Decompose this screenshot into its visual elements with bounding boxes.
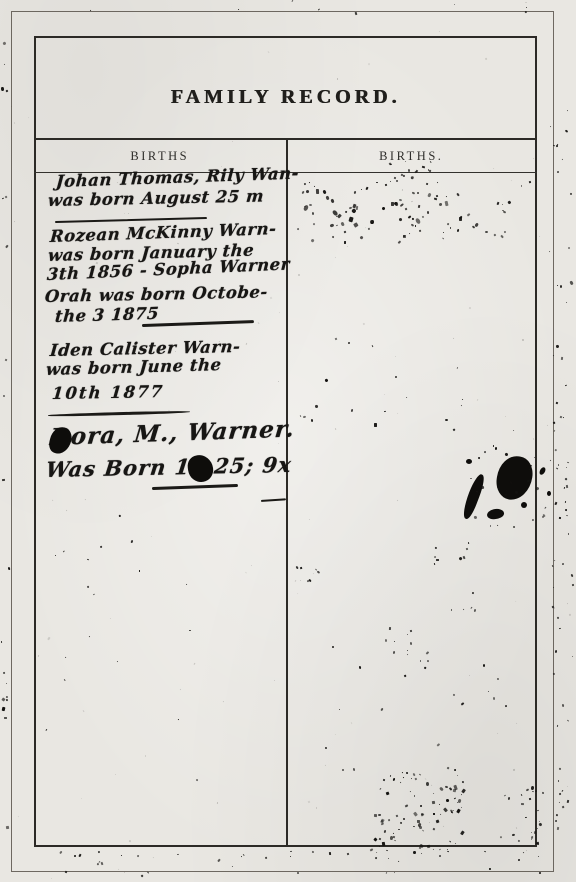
page-title: FAMILY RECORD. (34, 86, 537, 109)
speckle (561, 704, 564, 707)
speckle (6, 683, 7, 684)
speckle (560, 416, 562, 418)
speckle (1, 641, 2, 643)
speckle (6, 90, 9, 93)
speckle (555, 501, 558, 504)
speckle (566, 800, 569, 803)
speckle (568, 247, 571, 250)
speckle (555, 449, 557, 451)
speckle (572, 656, 573, 657)
speckle (141, 874, 144, 877)
speckle (562, 159, 563, 160)
speckle (539, 872, 541, 874)
speckle (5, 699, 7, 701)
speckle (561, 357, 564, 360)
speckle (566, 467, 567, 468)
speckle (564, 129, 567, 132)
ink-blot (466, 459, 472, 464)
speckle (556, 344, 559, 348)
speckle (567, 462, 569, 464)
speckle (564, 487, 566, 489)
speckle (3, 672, 5, 674)
speckle (567, 786, 568, 787)
speckle (526, 7, 527, 8)
speckle (557, 827, 560, 830)
speckle (1, 706, 5, 711)
speckle (2, 198, 4, 200)
speckle (570, 193, 573, 196)
speckle (559, 802, 560, 803)
speckle (568, 533, 570, 535)
speckle (1, 479, 4, 481)
speckle (566, 515, 568, 517)
speckle (5, 358, 8, 361)
speckle (567, 720, 569, 722)
speckle (554, 430, 556, 432)
speckle (570, 574, 573, 577)
speckle (525, 2, 527, 3)
speckle (6, 826, 10, 829)
speckle (565, 501, 567, 503)
speckle (0, 87, 3, 91)
handwritten-line: the 3 1875 (54, 304, 159, 326)
speckle (556, 468, 559, 470)
speckle (238, 8, 239, 9)
handwritten-line: Was Born 19 25; 9x (45, 452, 294, 482)
column-divider-rule (286, 138, 288, 847)
speckle (558, 464, 559, 466)
speckle (565, 385, 567, 387)
speckle (556, 814, 558, 816)
speckle (454, 4, 455, 5)
speckle (51, 878, 52, 879)
speckle (568, 614, 570, 616)
speckle (394, 872, 396, 874)
ink-blot (521, 502, 527, 508)
speckle (4, 717, 7, 719)
speckle (563, 417, 564, 419)
speckle (386, 872, 388, 874)
speckle (3, 395, 5, 398)
column-header-births-right: BIRTHS. (286, 140, 538, 172)
speckle (556, 144, 559, 147)
speckle (567, 603, 568, 604)
speckle (562, 563, 565, 566)
speckle (565, 509, 567, 512)
speckle (557, 171, 559, 173)
speckle (5, 245, 8, 248)
speckle (559, 767, 562, 770)
speckle (559, 793, 562, 796)
speckle (557, 144, 559, 146)
speckle (562, 789, 564, 791)
speckle (3, 41, 7, 45)
scanned-family-record-page: FAMILY RECORD. BIRTHS BIRTHS. Johan Thom… (0, 0, 576, 882)
speckle (556, 616, 559, 619)
speckle (6, 696, 8, 698)
speckle (559, 628, 561, 630)
handwritten-line: 10th 1877 (51, 382, 165, 403)
speckle (566, 302, 567, 304)
speckle (565, 478, 568, 481)
speckle (292, 0, 294, 2)
speckle (4, 196, 7, 199)
speckle (571, 583, 573, 585)
speckle (558, 780, 559, 782)
speckle (555, 401, 557, 403)
speckle (562, 806, 565, 809)
speckle (570, 280, 574, 285)
speckle (555, 650, 558, 654)
speckle (4, 64, 6, 65)
speckle (566, 485, 568, 488)
ink-blot (547, 491, 551, 496)
speckle (560, 285, 562, 288)
speckle (567, 110, 569, 112)
speckle (557, 284, 558, 285)
speckle (558, 517, 561, 519)
speckle (555, 820, 558, 823)
speckle (557, 725, 559, 727)
speckle (2, 697, 6, 701)
